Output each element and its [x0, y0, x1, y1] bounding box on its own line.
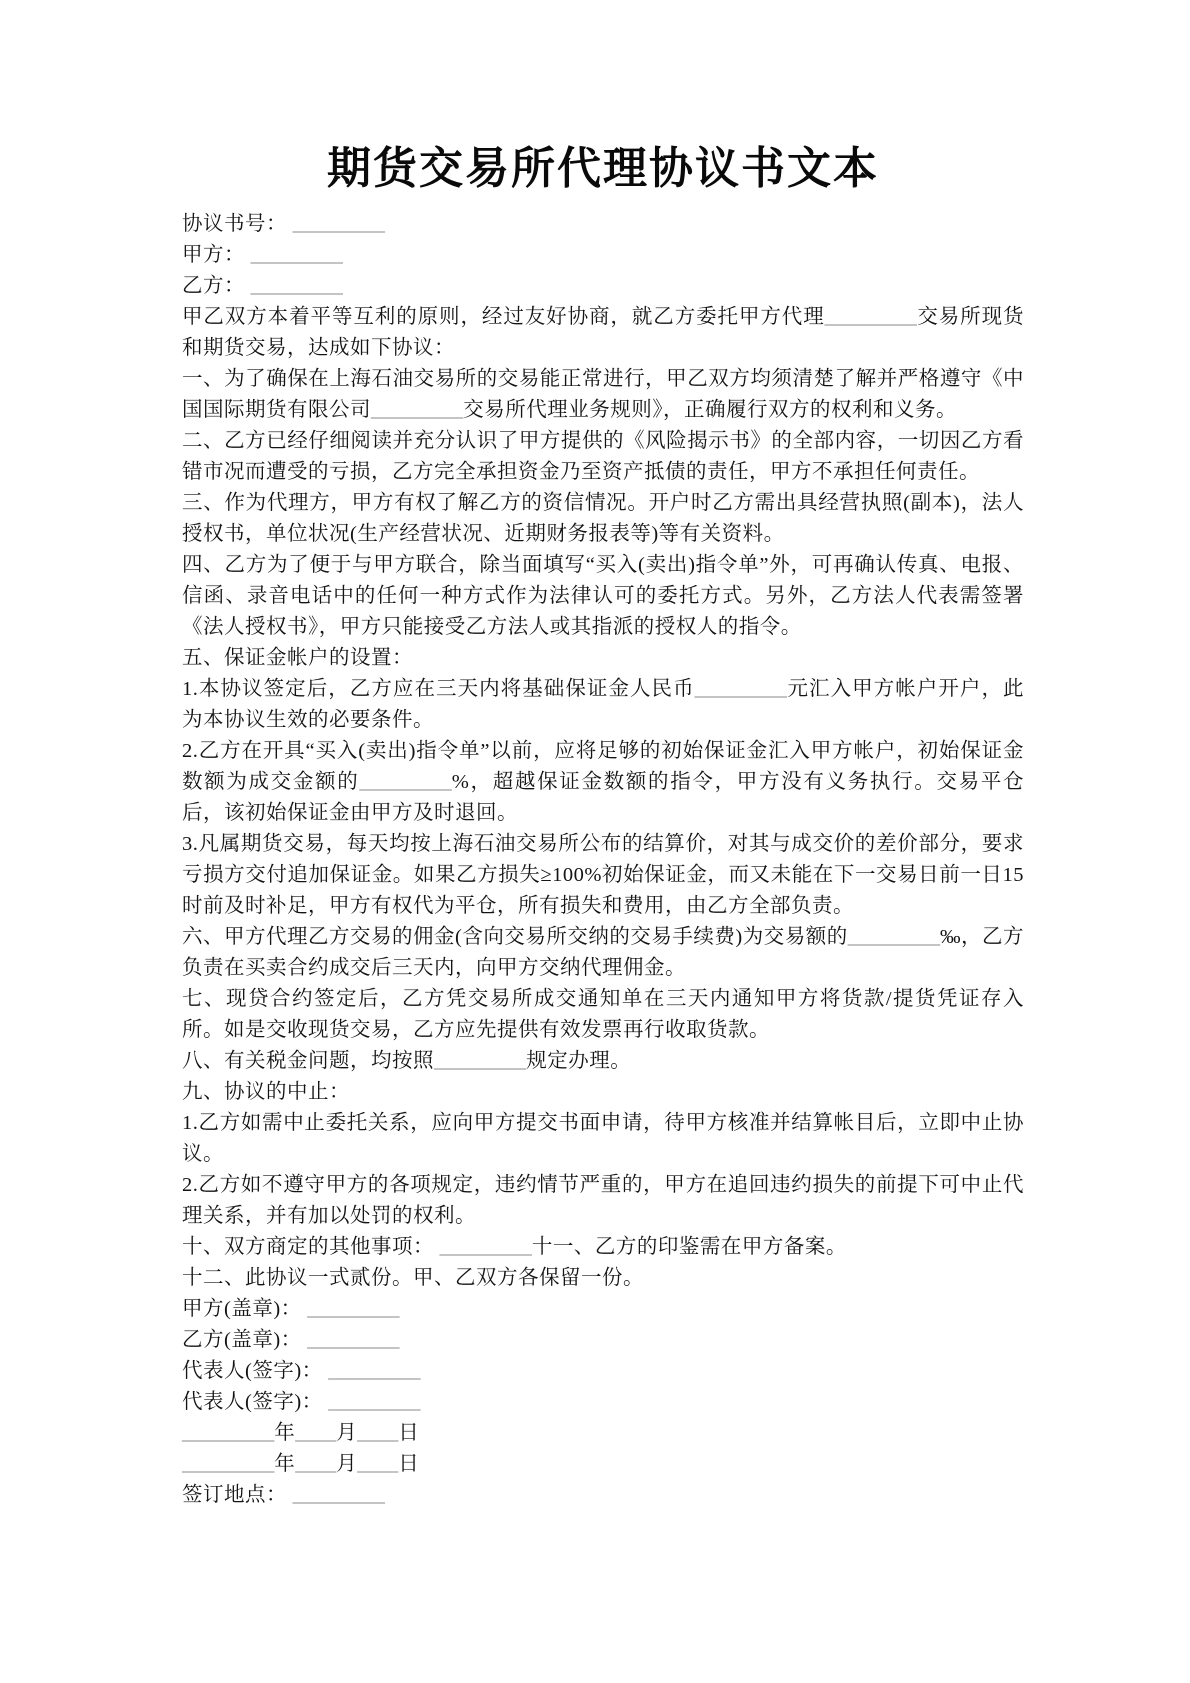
paragraph: 2.乙方如不遵守甲方的各项规定，违约情节严重的，甲方在追回违约损失的前提下可中止…	[182, 1170, 1024, 1232]
paragraph: 三、作为代理方，甲方有权了解乙方的资信情况。开户时乙方需出具经营执照(副本)，法…	[182, 488, 1024, 550]
paragraph: 乙方(盖章)： _________	[182, 1325, 1024, 1356]
blank-field: _________	[251, 244, 343, 266]
paragraph: 二、乙方已经仔细阅读并充分认识了甲方提供的《风险揭示书》的全部内容，一切因乙方看…	[182, 426, 1024, 488]
blank-field: ____	[295, 1453, 336, 1475]
blank-field: _________	[251, 275, 343, 297]
paragraph: _________年____月____日	[182, 1449, 1024, 1480]
blank-field: _________	[695, 678, 787, 700]
blank-field: _________	[328, 1391, 420, 1413]
document-body: 协议书号： _________甲方： _________乙方： ________…	[182, 209, 1024, 1511]
paragraph: 八、有关税金问题，均按照_________规定办理。	[182, 1046, 1024, 1077]
blank-field: ____	[295, 1422, 336, 1444]
paragraph: 代表人(签字)： _________	[182, 1356, 1024, 1387]
paragraph: 1.本协议签定后，乙方应在三天内将基础保证金人民币_________元汇入甲方帐…	[182, 674, 1024, 736]
paragraph: 协议书号： _________	[182, 209, 1024, 240]
blank-field: _________	[440, 1236, 532, 1258]
blank-field: _________	[293, 1484, 385, 1506]
paragraph: 十二、此协议一式贰份。甲、乙双方各保留一份。	[182, 1263, 1024, 1294]
blank-field: _________	[360, 771, 452, 793]
blank-field: _________	[848, 926, 940, 948]
blank-field: _________	[328, 1360, 420, 1382]
blank-field: _________	[371, 399, 463, 421]
paragraph: 1.乙方如需中止委托关系，应向甲方提交书面申请，待甲方核准并结算帐目后，立即中止…	[182, 1108, 1024, 1170]
paragraph: 九、协议的中止：	[182, 1077, 1024, 1108]
document-title: 期货交易所代理协议书文本	[182, 146, 1024, 192]
blank-field: _________	[293, 213, 385, 235]
blank-field: _________	[182, 1453, 274, 1475]
blank-field: _________	[307, 1298, 399, 1320]
paragraph: 甲方： _________	[182, 240, 1024, 271]
paragraph: 四、乙方为了便于与甲方联合，除当面填写“买入(卖出)指令单”外，可再确认传真、电…	[182, 550, 1024, 643]
paragraph: 一、为了确保在上海石油交易所的交易能正常进行，甲乙双方均须清楚了解并严格遵守《中…	[182, 364, 1024, 426]
paragraph: 3.凡属期货交易，每天均按上海石油交易所公布的结算价，对其与成交价的差价部分，要…	[182, 829, 1024, 922]
blank-field: _________	[307, 1329, 399, 1351]
paragraph: 乙方： _________	[182, 271, 1024, 302]
document-page: 期货交易所代理协议书文本 协议书号： _________甲方： ________…	[0, 0, 1190, 1683]
paragraph: 十、双方商定的其他事项： _________十一、乙方的印鉴需在甲方备案。	[182, 1232, 1024, 1263]
paragraph: 六、甲方代理乙方交易的佣金(含向交易所交纳的交易手续费)为交易额的_______…	[182, 922, 1024, 984]
blank-field: ____	[357, 1422, 398, 1444]
paragraph: 签订地点： _________	[182, 1480, 1024, 1511]
paragraph: 五、保证金帐户的设置：	[182, 643, 1024, 674]
blank-field: _________	[825, 306, 917, 328]
blank-field: _________	[182, 1422, 274, 1444]
paragraph: _________年____月____日	[182, 1418, 1024, 1449]
paragraph: 2.乙方在开具“买入(卖出)指令单”以前，应将足够的初始保证金汇入甲方帐户，初始…	[182, 736, 1024, 829]
blank-field: _________	[434, 1050, 526, 1072]
blank-field: ____	[357, 1453, 398, 1475]
paragraph: 甲乙双方本着平等互利的原则，经过友好协商，就乙方委托甲方代理_________交…	[182, 302, 1024, 364]
paragraph: 七、现贷合约签定后，乙方凭交易所成交通知单在三天内通知甲方将货款/提货凭证存入所…	[182, 984, 1024, 1046]
paragraph: 甲方(盖章)： _________	[182, 1294, 1024, 1325]
paragraph: 代表人(签字)： _________	[182, 1387, 1024, 1418]
